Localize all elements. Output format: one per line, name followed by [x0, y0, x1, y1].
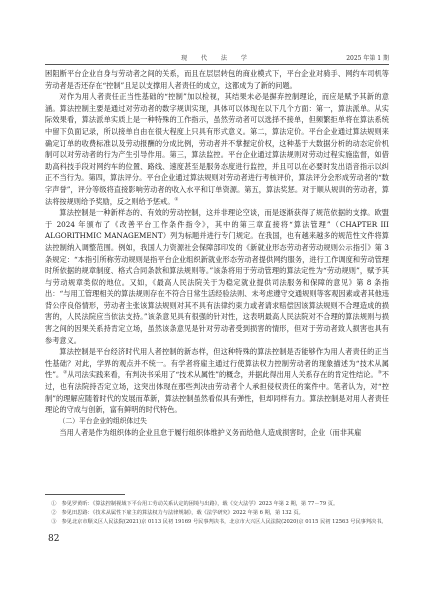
paragraph-3: 算法控制是一种新样态的、有效的劳动控制，这并非理论空谈，而是逐渐获得了规范依据的… — [45, 207, 389, 346]
paragraph-1: 困阻断平台企业自身与劳动者之间的关系，而且在层层转包的商业模式下，平台企业对骑手… — [45, 68, 389, 91]
footnote-divider — [45, 494, 125, 495]
journal-title: 现 代 法 学 — [45, 53, 389, 62]
running-header: 现 代 法 学 2025 年第 1 期 — [45, 53, 389, 63]
footnote-2: ② 参见田思路：《技术从属性下雇主的算法权力与法律规制》，载《法学研究》2022… — [45, 509, 389, 518]
section-subheading: （二）平台企业的组织体过失 — [45, 416, 389, 428]
footnote-3: ③ 参见北京市顺义区人民法院(2021)京 0113 民初 19169 号民事判… — [45, 518, 389, 527]
header-divider — [45, 64, 389, 65]
issue-label: 2025 年第 1 期 — [346, 53, 389, 62]
footnote-mark-1[interactable]: ① — [174, 197, 178, 202]
paragraph-2: 对作为用人者责任正当性基础的“控制”加以检视，其结果未必是摒弃控制理论，而应是赋… — [45, 91, 389, 207]
paragraph-5: 当用人者是作为组织体的企业且怠于履行组织体维护义务而给他人造成损害时，企业（而非… — [45, 427, 389, 439]
paragraph-4: 算法控制是平台经济时代用人者控制的新态样，但这种特殊的算法控制是否能够作为用人者… — [45, 346, 389, 416]
page-number: 82 — [48, 534, 59, 544]
footnotes: ① 参见罗黄昕：《算法控制视域下平台用工劳动关系认定的困境与出路》，载《交大法学… — [45, 500, 389, 527]
article-body: 困阻断平台企业自身与劳动者之间的关系，而且在层层转包的商业模式下，平台企业对骑手… — [45, 68, 389, 439]
footnote-1: ① 参见罗黄昕：《算法控制视域下平台用工劳动关系认定的困境与出路》，载《交大法学… — [45, 500, 389, 509]
